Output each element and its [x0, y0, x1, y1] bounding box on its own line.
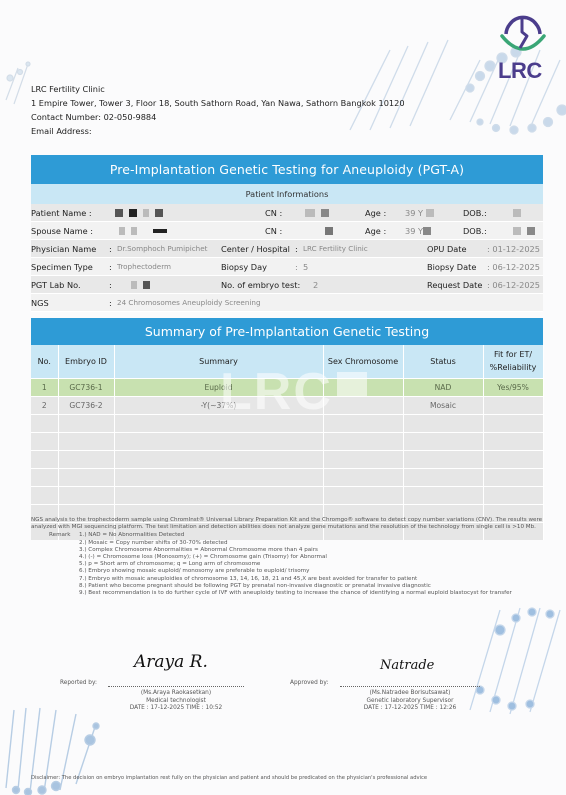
spouse-dob-label: DOB.:: [463, 226, 499, 236]
lrc-logo-icon: [488, 10, 558, 58]
approved-by-label: Approved by:: [290, 680, 328, 686]
spouse-age-label: Age :: [365, 226, 405, 236]
remark-item: 4.) (-) = Chromosome loss (Monosomy); (+…: [31, 554, 546, 561]
request-date-label: Request Date: [427, 280, 487, 290]
clinic-email: Email Address:: [31, 124, 405, 138]
row-embryo-id: GC736-2: [58, 396, 114, 414]
request-date-value: : 06-12-2025: [487, 280, 543, 290]
patient-dob-value-redacted: [499, 208, 543, 218]
embryo-count-label: No. of embryo test:: [221, 280, 313, 290]
clinic-header: LRC Fertility Clinic 1 Empire Tower, Tow…: [31, 82, 405, 138]
reporter-name: (Ms.Araya Raokasetkan): [108, 690, 244, 698]
embryo-count-value: 2: [313, 280, 427, 290]
row-fit: [483, 396, 543, 414]
specimen-value: Trophectoderm: [117, 262, 221, 271]
redaction-block: [337, 372, 367, 396]
remark-item: 9.) Best recommendation is to do further…: [31, 590, 546, 597]
spouse-cn-label: CN :: [265, 226, 305, 236]
empty-row: [31, 450, 543, 468]
remark-item: 3.) Complex Chromosome Abnormalities = A…: [31, 547, 546, 554]
biopsy-day-value: : 5: [295, 262, 427, 272]
summary-header-row: No. Embryo ID Summary Sex Chromosome Sta…: [31, 345, 543, 378]
row-fit: Yes/95%: [483, 378, 543, 396]
disclaimer: Disclaimer: The decision on embryo impla…: [31, 775, 427, 781]
col-embryo-id: Embryo ID: [58, 345, 114, 378]
remark-label: Remark: [31, 532, 79, 539]
remark-item: 2.) Mosaic = Copy number shifts of 30-70…: [31, 540, 546, 547]
ngs-value: 24 Chromosomes Aneuploidy Screening: [117, 298, 417, 307]
clinic-logo: LRC: [488, 10, 558, 82]
center-value: LRC Fertility Clinic: [303, 244, 427, 253]
col-summary: Summary: [114, 345, 323, 378]
row-status: NAD: [403, 378, 483, 396]
table-row: 2 GC736-2 -Y(~37%) Mosaic: [31, 396, 543, 414]
summary-title: Summary of Pre-Implantation Genetic Test…: [31, 318, 543, 345]
patient-name-label: Patient Name :: [31, 208, 115, 218]
approver-datetime: DATE : 17-12-2025 TIME : 12:26: [340, 705, 480, 713]
biopsy-day-label: Biopsy Day: [221, 262, 295, 272]
row-no: 2: [31, 396, 58, 414]
reporter-datetime: DATE : 17-12-2025 TIME : 10:52: [108, 705, 244, 713]
opu-date-label: OPU Date: [427, 244, 487, 254]
approver-signature-block: Approved by: Natrade (Ms.Natradee Borisu…: [290, 646, 490, 726]
specimen-label: Specimen Type: [31, 262, 109, 272]
empty-row: [31, 468, 543, 486]
patient-cn-value-redacted: [305, 208, 365, 218]
remark-item: 7.) Embryo with mosaic aneuploidies of c…: [31, 576, 546, 583]
approver-name: (Ms.Natradee Borisutsawat): [340, 690, 480, 698]
lab-number-label: PGT Lab No.: [31, 280, 109, 290]
patient-age-label: Age :: [365, 208, 405, 218]
row-status: Mosaic: [403, 396, 483, 414]
reporter-signature: Araya R.: [134, 652, 208, 672]
clinic-address: 1 Empire Tower, Tower 3, Floor 18, South…: [31, 96, 405, 110]
empty-row: [31, 432, 543, 450]
reporter-role: Medical technologist: [108, 698, 244, 706]
patient-section-heading: Patient Informations: [31, 184, 543, 204]
pgt-report-page: LRC LRC Fertility Clinic 1 Empire Tower,…: [0, 0, 566, 795]
biopsy-date-label: Biopsy Date: [427, 262, 487, 272]
remark-item: 6.) Embryo showing mosaic euploid/ monos…: [31, 568, 546, 575]
approver-signature: Natrade: [380, 658, 434, 673]
approver-role: Genetic laboratory Supervisor: [340, 698, 480, 706]
row-no: 1: [31, 378, 58, 396]
summary-table: No. Embryo ID Summary Sex Chromosome Sta…: [31, 345, 544, 540]
method-text: NGS analysis to the trophectoderm sample…: [31, 517, 546, 531]
spouse-dob-value-redacted: [499, 226, 543, 236]
spouse-row: Spouse Name : CN : Age : 39 Y DOB.:: [31, 222, 543, 240]
report-title: Pre-Implantation Genetic Testing for Ane…: [31, 155, 543, 184]
biopsy-date-value: : 06-12-2025: [487, 262, 543, 272]
remark-item: 1.) NAD = No Abnormalities Detected: [79, 532, 184, 539]
spouse-name-label: Spouse Name :: [31, 226, 115, 236]
remarks: Remark 1.) NAD = No Abnormalities Detect…: [31, 532, 546, 597]
patient-dob-label: DOB.:: [463, 208, 499, 218]
reporter-signature-block: Reported by: Araya R. (Ms.Araya Raokaset…: [60, 646, 260, 726]
row-summary: Euploid: [114, 378, 323, 396]
physician-label: Physician Name: [31, 244, 109, 254]
empty-row: [31, 414, 543, 432]
method-notes: NGS analysis to the trophectoderm sample…: [31, 517, 546, 597]
spouse-age-value: 39 Y: [405, 226, 463, 236]
patient-row: Patient Name : CN : Age : 39 Y DOB.:: [31, 204, 543, 222]
row-sex-chromosome: [323, 396, 403, 414]
clinic-name: LRC Fertility Clinic: [31, 82, 405, 96]
col-status: Status: [403, 345, 483, 378]
report-section: Pre-Implantation Genetic Testing for Ane…: [31, 155, 543, 540]
patient-age-value: 39 Y: [405, 208, 463, 218]
row-summary: -Y(~37%): [114, 396, 323, 414]
reporter-details: (Ms.Araya Raokasetkan) Medical technolog…: [108, 690, 244, 713]
empty-row: [31, 486, 543, 504]
col-no: No.: [31, 345, 58, 378]
ngs-label: NGS: [31, 298, 109, 308]
spouse-name-value-redacted: [115, 226, 265, 236]
specimen-row: Specimen Type : Trophectoderm Biopsy Day…: [31, 258, 543, 276]
center-label: Center / Hospital: [221, 244, 295, 254]
patient-name-value-redacted: [115, 208, 265, 218]
ngs-row: NGS : 24 Chromosomes Aneuploidy Screenin…: [31, 294, 543, 312]
clinic-contact: Contact Number: 02-050-9884: [31, 110, 405, 124]
remark-item: 8.) Patient who become pregnant should b…: [31, 583, 546, 590]
logo-text: LRC: [498, 58, 542, 84]
table-row: 1 GC736-1 Euploid NAD Yes/95%: [31, 378, 543, 396]
remark-item: 5.) p = Short arm of chromosome; q = Lon…: [31, 561, 546, 568]
row-embryo-id: GC736-1: [58, 378, 114, 396]
physician-row: Physician Name : Dr.Somphoch Pumipichet …: [31, 240, 543, 258]
lab-number-value-redacted: [117, 280, 221, 290]
approver-details: (Ms.Natradee Borisutsawat) Genetic labor…: [340, 690, 480, 713]
spouse-cn-value-redacted: [305, 226, 365, 236]
patient-cn-label: CN :: [265, 208, 305, 218]
lab-number-row: PGT Lab No. : No. of embryo test: 2 Requ…: [31, 276, 543, 294]
reported-by-label: Reported by:: [60, 680, 97, 686]
opu-date-value: : 01-12-2025: [487, 244, 543, 254]
physician-value: Dr.Somphoch Pumipichet: [117, 244, 221, 253]
col-fit-reliability: Fit for ET/ %Reliability: [483, 345, 543, 378]
